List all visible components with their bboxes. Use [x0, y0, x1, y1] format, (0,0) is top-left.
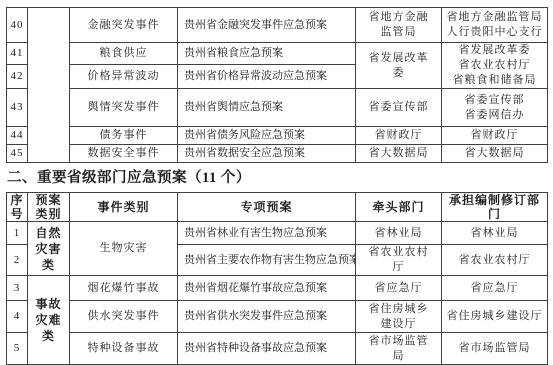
- cell-editor-dept: 省应急厅: [442, 276, 548, 301]
- cell-event-type: 金融突发事件: [70, 8, 178, 43]
- provincial-plans-table: 40 金融突发事件 贵州省金融突发事件应急预案 省地方金融 监管局 省地方金融监…: [6, 7, 548, 163]
- cell-seq: 44: [7, 127, 28, 145]
- cell-lead-dept: 省大数据局: [356, 145, 442, 163]
- header-lead-dept: 牵头部门: [356, 193, 442, 222]
- cell-editor-dept: 省住房城乡建设厅: [442, 301, 548, 333]
- cell-event-type: 烟花爆竹事故: [70, 276, 178, 301]
- cell-plan: 贵州省价格异常波动应急预案: [178, 65, 356, 89]
- cell-seq: 43: [7, 89, 28, 127]
- cell-seq: 2: [7, 245, 28, 276]
- cell-event-type: 粮食供应: [70, 43, 178, 65]
- header-plan: 专项预案: [178, 193, 356, 222]
- cell-plan: 贵州省供水突发事件应急预案: [178, 301, 356, 333]
- cell-seq: 4: [7, 301, 28, 333]
- cell-editor-dept: 省地方金融监管局 人行贵阳中心支行: [442, 8, 548, 43]
- cell-plan: 贵州省金融突发事件应急预案: [178, 8, 356, 43]
- cell-editor-dept: 省财政厅: [442, 127, 548, 145]
- cell-seq: 41: [7, 43, 28, 65]
- cell-event-type: 生物灾害: [70, 222, 178, 276]
- cell-lead-dept: 省发展改革 委: [356, 43, 442, 89]
- cell-plan: 贵州省烟花爆竹事故应急预案: [178, 276, 356, 301]
- cell-lead-dept: 省应急厅: [356, 276, 442, 301]
- cell-seq: 40: [7, 8, 28, 43]
- cell-plan: 贵州省主要农作物有害生物应急预案: [178, 245, 356, 276]
- table-row: 3 事故 灾难 类 烟花爆竹事故 贵州省烟花爆竹事故应急预案 省应急厅 省应急厅: [7, 276, 548, 301]
- cell-lead-dept: 省财政厅: [356, 127, 442, 145]
- cell-event-type: 债务事件: [70, 127, 178, 145]
- cell-event-type: 数据安全事件: [70, 145, 178, 163]
- cell-seq: 3: [7, 276, 28, 301]
- cell-plan: 贵州省舆情应急预案: [178, 89, 356, 127]
- cell-plan: 贵州省林业有害生物应急预案: [178, 222, 356, 245]
- cell-plan: 贵州省粮食应急预案: [178, 43, 356, 65]
- cell-editor-dept: 省大数据局: [442, 145, 548, 163]
- cell-plan-category-empty: [28, 8, 70, 163]
- cell-lead-dept: 省市场监管 局: [356, 333, 442, 365]
- cell-event-type: 价格异常波动: [70, 65, 178, 89]
- cell-plan: 贵州省数据安全应急预案: [178, 145, 356, 163]
- cell-event-type: 舆情突发事件: [70, 89, 178, 127]
- cell-plan: 贵州省债务风险应急预案: [178, 127, 356, 145]
- table-row: 40 金融突发事件 贵州省金融突发事件应急预案 省地方金融 监管局 省地方金融监…: [7, 8, 548, 43]
- cell-plan-category: 事故 灾难 类: [28, 276, 70, 365]
- table-header-row: 序 号 预案 类别 事件类别 专项预案 牵头部门 承担编制修订部门: [7, 193, 548, 222]
- cell-editor-dept: 省委宣传部 省委网信办: [442, 89, 548, 127]
- table-row: 43 舆情突发事件 贵州省舆情应急预案 省委宣传部 省委宣传部 省委网信办: [7, 89, 548, 127]
- table-row: 1 自然 灾害 类 生物灾害 贵州省林业有害生物应急预案 省林业局 省林业局: [7, 222, 548, 245]
- cell-plan: 贵州省特种设备事故应急预案: [178, 333, 356, 365]
- header-editor-dept: 承担编制修订部门: [442, 193, 548, 222]
- cell-lead-dept: 省委宣传部: [356, 89, 442, 127]
- cell-seq: 5: [7, 333, 28, 365]
- cell-editor-dept: 省农业农村厅: [442, 245, 548, 276]
- table-row: 5 特种设备事故 贵州省特种设备事故应急预案 省市场监管 局 省市场监管局: [7, 333, 548, 365]
- cell-event-type: 特种设备事故: [70, 333, 178, 365]
- cell-lead-dept: 省住房城乡 建设厅: [356, 301, 442, 333]
- cell-editor-dept: 省市场监管局: [442, 333, 548, 365]
- cell-event-type: 供水突发事件: [70, 301, 178, 333]
- section-title: 二、重要省级部门应急预案（11 个）: [7, 168, 553, 188]
- table-row: 41 粮食供应 贵州省粮食应急预案 省发展改革 委 省发展改革委 省农业农村厅 …: [7, 43, 548, 65]
- header-seq: 序 号: [7, 193, 28, 222]
- cell-seq: 1: [7, 222, 28, 245]
- cell-lead-dept: 省林业局: [356, 222, 442, 245]
- document-page: 40 金融突发事件 贵州省金融突发事件应急预案 省地方金融 监管局 省地方金融监…: [0, 0, 553, 365]
- cell-seq: 45: [7, 145, 28, 163]
- cell-editor-dept: 省林业局: [442, 222, 548, 245]
- cell-editor-dept: 省发展改革委 省农业农村厅 省粮食和储备局: [442, 43, 548, 89]
- table-row: 44 债务事件 贵州省债务风险应急预案 省财政厅 省财政厅: [7, 127, 548, 145]
- header-plan-category: 预案 类别: [28, 193, 70, 222]
- department-plans-table: 序 号 预案 类别 事件类别 专项预案 牵头部门 承担编制修订部门 1 自然 灾…: [6, 192, 548, 365]
- header-event-type: 事件类别: [70, 193, 178, 222]
- table-row: 45 数据安全事件 贵州省数据安全应急预案 省大数据局 省大数据局: [7, 145, 548, 163]
- cell-plan-category: 自然 灾害 类: [28, 222, 70, 276]
- cell-lead-dept: 省地方金融 监管局: [356, 8, 442, 43]
- cell-seq: 42: [7, 65, 28, 89]
- table-row: 4 供水突发事件 贵州省供水突发事件应急预案 省住房城乡 建设厅 省住房城乡建设…: [7, 301, 548, 333]
- cell-lead-dept: 省农业农村 厅: [356, 245, 442, 276]
